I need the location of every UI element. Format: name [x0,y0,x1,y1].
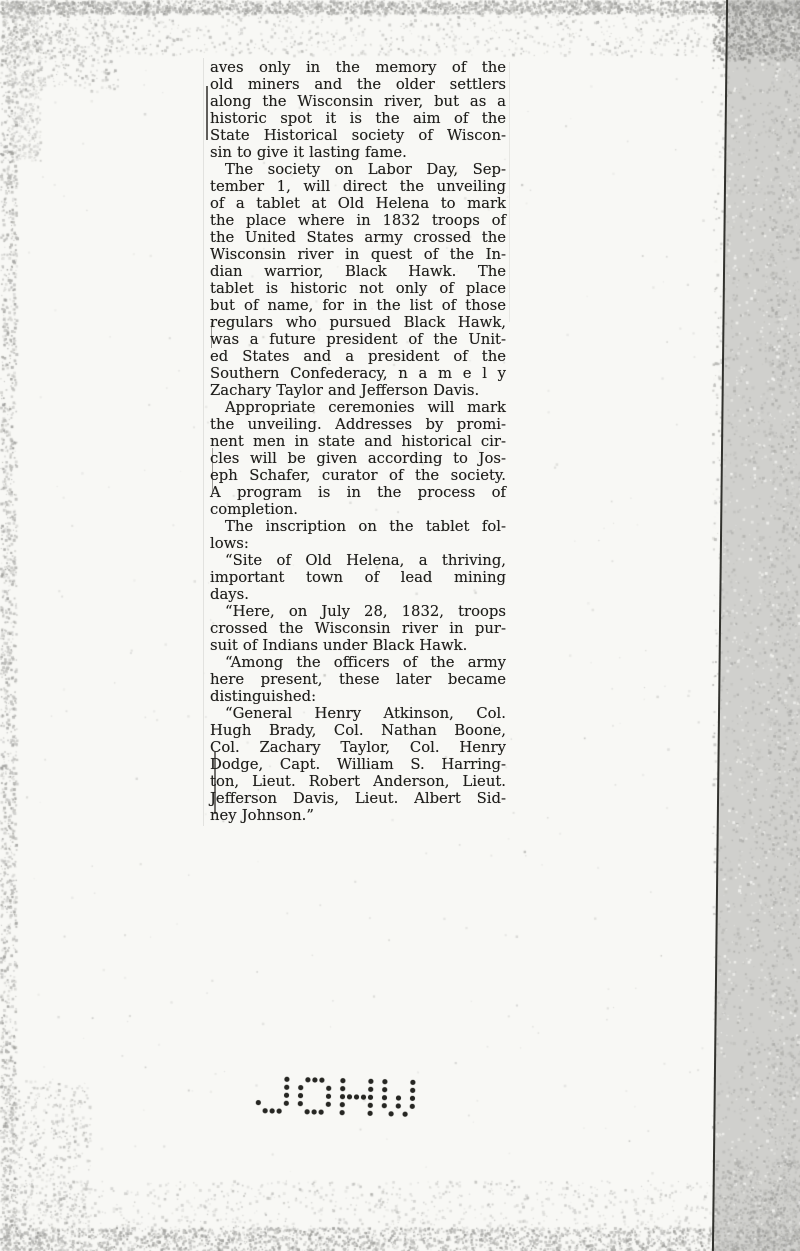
article-line: completion. [210,501,506,518]
stamp-dot [319,1110,324,1115]
article-line: Appropriate ceremonies will mark [210,399,506,416]
stamp-dot [382,1095,387,1100]
stamp-dot [340,1094,345,1099]
stamp-dot [382,1079,387,1084]
article-line: regulars who pursued Black Hawk, [210,314,506,331]
stamp-letter-j [256,1076,290,1115]
stamp-dot [368,1095,373,1100]
stamp-dot [326,1102,331,1107]
article-line: the United States army crossed the [210,229,506,246]
stamp-dot [298,1085,303,1090]
stamp-dot [340,1078,345,1083]
article-line: important town of lead mining [210,569,506,586]
article-line: historic spot it is the aim of the [210,110,506,127]
article-line: Zachary Taylor and Jefferson Davis. [210,382,506,399]
stamp-dot [305,1109,310,1114]
perforation-stamp [256,1076,416,1118]
article-line: distinguished: [210,688,506,705]
stamp-dot [403,1112,408,1117]
stamp-letter-h [340,1078,374,1117]
stamp-dot [284,1093,289,1098]
stamp-dot [340,1102,345,1107]
article-line: the place where in 1832 troops of [210,212,506,229]
article-line: ed States and a president of the [210,348,506,365]
stamp-dot [410,1104,415,1109]
article-line: of a tablet at Old Helena to mark [210,195,506,212]
stamp-dot [305,1077,310,1082]
article-line: nent men in state and historical cir- [210,433,506,450]
article-line: suit of Indians under Black Hawk. [210,637,506,654]
clipping-left-edge [203,58,204,826]
stamp-dot [326,1086,331,1091]
article-line: old miners and the older settlers [210,76,506,93]
stamp-dot [284,1101,289,1106]
article-line: eph Schafer, curator of the society. [210,467,506,484]
stamp-dot [368,1087,373,1092]
article-line: Wisconsin river in quest of the In- [210,246,506,263]
stamp-dot [263,1108,268,1113]
article-line: tablet is historic not only of place [210,280,506,297]
clipping-right-edge [509,62,510,322]
article-line: crossed the Wisconsin river in pur- [210,620,506,637]
stamp-dot [284,1085,289,1090]
stamp-dot [340,1086,345,1091]
newspaper-clipping-text: aves only in the memory of theold miners… [210,59,506,824]
article-line: days. [210,586,506,603]
article-line: tember 1, will direct the unveiling [210,178,506,195]
article-line: “General Henry Atkinson, Col. [210,705,506,722]
stamp-dot [326,1094,331,1099]
scanned-page: aves only in the memory of theold miners… [0,0,800,1251]
article-line: ney Johnson.” [210,807,506,824]
stamp-dot [410,1088,415,1093]
article-line: Hugh Brady, Col. Nathan Boone, [210,722,506,739]
article-line: “Site of Old Helena, a thriving, [210,552,506,569]
stamp-dot [410,1096,415,1101]
article-line: here present, these later became [210,671,506,688]
stamp-dot [277,1109,282,1114]
article-line: Col. Zachary Taylor, Col. Henry [210,739,506,756]
stamp-dot [312,1077,317,1082]
stamp-dot [298,1101,303,1106]
article-line: State Historical society of Wiscon- [210,127,506,144]
article-line: along the Wisconsin river, but as a [210,93,506,110]
article-line: “Here, on July 28, 1832, troops [210,603,506,620]
stamp-dot [256,1100,261,1105]
stamp-dot [396,1103,401,1108]
article-line: A program is in the process of [210,484,506,501]
clipping-edge-mark [206,86,208,140]
stamp-dot [354,1094,359,1099]
stamp-dot [312,1109,317,1114]
article-line: cles will be given according to Jos- [210,450,506,467]
stamp-letter-o [298,1077,332,1116]
article-line: lows: [210,535,506,552]
stamp-dot [340,1110,345,1115]
article-line: but of name, for in the list of those [210,297,506,314]
stamp-dot [382,1103,387,1108]
stamp-dot [361,1095,366,1100]
article-line: “Among the officers of the army [210,654,506,671]
article-line: the unveiling. Addresses by promi- [210,416,506,433]
article-line: Dodge, Capt. William S. Harring- [210,756,506,773]
article-line: aves only in the memory of the [210,59,506,76]
stamp-dot [284,1077,289,1082]
stamp-dot [368,1111,373,1116]
article-line: Jefferson Davis, Lieut. Albert Sid- [210,790,506,807]
stamp-dot [389,1111,394,1116]
article-line: Southern Confederacy, n a m e l y [210,365,506,382]
article-line: The society on Labor Day, Sep- [210,161,506,178]
article-line: ton, Lieut. Robert Anderson, Lieut. [210,773,506,790]
article-line: was a future president of the Unit- [210,331,506,348]
stamp-dot [368,1079,373,1084]
article-line: sin to give it lasting fame. [210,144,506,161]
stamp-dot [270,1108,275,1113]
stamp-dot [319,1078,324,1083]
stamp-dot [396,1095,401,1100]
stamp-dot [298,1093,303,1098]
stamp-letter-w [382,1079,416,1118]
article-line: dian warrior, Black Hawk. The [210,263,506,280]
stamp-dot [368,1103,373,1108]
article-line: The inscription on the tablet fol- [210,518,506,535]
stamp-dot [347,1094,352,1099]
stamp-dot [382,1087,387,1092]
stamp-dot [410,1080,415,1085]
